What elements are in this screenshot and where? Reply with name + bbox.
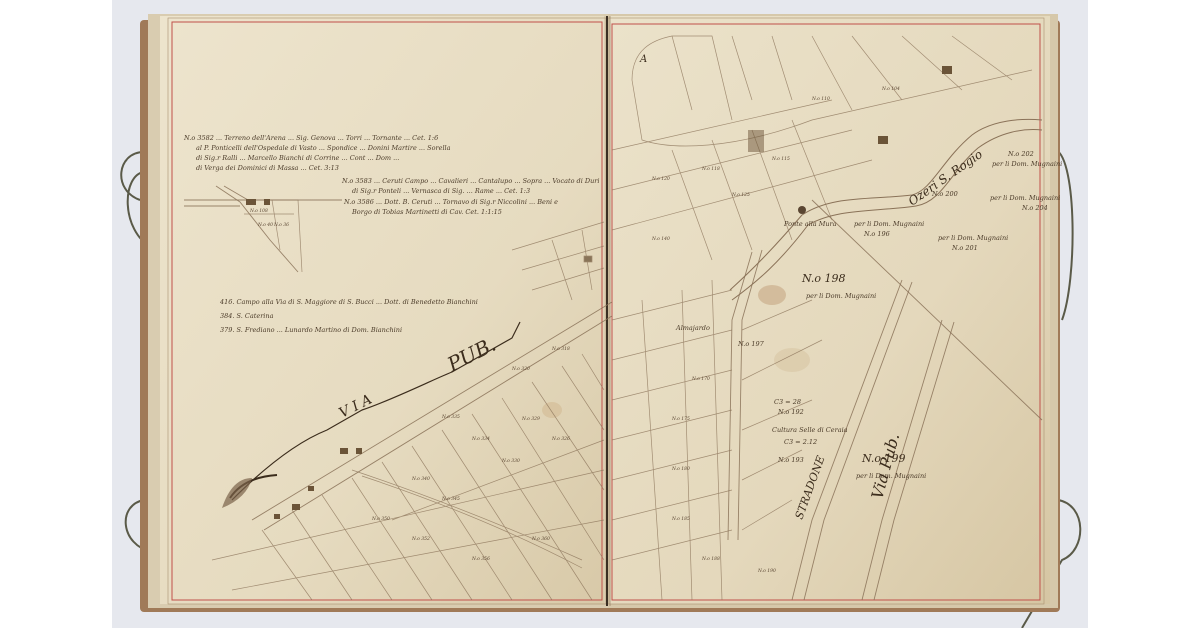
svg-text:Cultura Selle di Ceraia: Cultura Selle di Ceraia: [772, 426, 848, 434]
svg-text:384. S. Caterina: 384. S. Caterina: [220, 312, 274, 320]
svg-text:Ponte alla Mura: Ponte alla Mura: [783, 220, 837, 228]
svg-text:N.o 3582 ... Terreno dell'Aren: N.o 3582 ... Terreno dell'Arena ... Sig.…: [183, 134, 438, 142]
svg-text:N.o 197: N.o 197: [737, 340, 765, 348]
svg-text:N.o 115: N.o 115: [771, 156, 790, 162]
svg-text:N.o 3586 ... Dott. B. Ceruti .: N.o 3586 ... Dott. B. Ceruti ... Tornavo…: [343, 198, 558, 206]
svg-text:N.o 125: N.o 125: [731, 192, 750, 198]
svg-text:379. S. Frediano ... Lunardo M: 379. S. Frediano ... Lunardo Martino di …: [220, 326, 402, 334]
svg-text:C3 = 28: C3 = 28: [774, 398, 801, 406]
svg-text:per li Dom. Mugnaini: per li Dom. Mugnaini: [938, 234, 1008, 242]
svg-text:N.o 201: N.o 201: [951, 244, 978, 252]
plot-a-label: A: [639, 54, 647, 65]
svg-text:di Sig.r Ralli ... Marcello Bi: di Sig.r Ralli ... Marcello Bianchi di C…: [196, 154, 399, 162]
svg-text:N.o 193: N.o 193: [777, 456, 804, 464]
left-page: [160, 16, 606, 604]
svg-text:Borgo di Tobias Martinetti di: Borgo di Tobias Martinetti di Cav. Cet. …: [351, 208, 502, 216]
svg-text:N.o 118: N.o 118: [701, 166, 720, 172]
svg-text:N.o 198: N.o 198: [801, 272, 846, 285]
svg-text:N.o 199: N.o 199: [861, 452, 906, 465]
svg-text:N.o 36: N.o 36: [273, 222, 289, 228]
svg-text:N.o 345: N.o 345: [441, 496, 460, 502]
svg-text:C3 = 2.12: C3 = 2.12: [784, 438, 817, 446]
svg-text:al P. Ponticelli dell'Ospedale: al P. Ponticelli dell'Ospedale di Vasto …: [196, 144, 451, 152]
svg-text:di Verga dei Dominici di Massa: di Verga dei Dominici di Massa ... Cet. …: [196, 164, 339, 172]
svg-text:N.o 320: N.o 320: [511, 366, 530, 372]
svg-text:416. Campo alla Via di S. Magg: 416. Campo alla Via di S. Maggiore di S.…: [219, 298, 478, 306]
svg-text:N.o 108: N.o 108: [249, 208, 268, 214]
svg-text:N.o 192: N.o 192: [777, 408, 804, 416]
svg-text:per li Dom. Mugnaini: per li Dom. Mugnaini: [854, 220, 924, 228]
svg-text:N.o 326: N.o 326: [551, 436, 570, 442]
svg-text:N.o 180: N.o 180: [671, 466, 690, 472]
svg-text:N.o 40: N.o 40: [257, 222, 273, 228]
map-photo: N.o 3582 ... Terreno dell'Arena ... Sig.…: [112, 0, 1088, 628]
svg-text:N.o 190: N.o 190: [757, 568, 776, 574]
svg-text:di Sig.r Ponteli ... Vernasca: di Sig.r Ponteli ... Vernasca di Sig. ..…: [352, 187, 530, 195]
svg-text:N.o 204: N.o 204: [1021, 204, 1048, 212]
svg-text:N.o 3583 ... Ceruti Campo ...: N.o 3583 ... Ceruti Campo ... Cavalieri …: [341, 177, 599, 185]
svg-text:N.o 356: N.o 356: [471, 556, 490, 562]
svg-text:N.o 330: N.o 330: [501, 458, 520, 464]
svg-text:N.o 110: N.o 110: [811, 96, 830, 102]
svg-text:N.o 140: N.o 140: [651, 236, 670, 242]
svg-text:per li Dom. Mugnaini: per li Dom. Mugnaini: [990, 194, 1060, 202]
svg-text:N.o 335: N.o 335: [441, 414, 460, 420]
svg-text:N.o 175: N.o 175: [671, 416, 690, 422]
svg-text:N.o 360: N.o 360: [531, 536, 550, 542]
svg-text:N.o 196: N.o 196: [863, 230, 890, 238]
svg-text:N.o 352: N.o 352: [411, 536, 430, 542]
svg-text:N.o 340: N.o 340: [411, 476, 430, 482]
svg-text:per li Dom. Mugnaini: per li Dom. Mugnaini: [856, 472, 926, 480]
svg-text:per li Dom. Mugnaini: per li Dom. Mugnaini: [992, 160, 1062, 168]
svg-text:per li Dom. Mugnaini: per li Dom. Mugnaini: [806, 292, 876, 300]
svg-text:N.o 104: N.o 104: [881, 86, 900, 92]
svg-text:Almajardo: Almajardo: [675, 324, 710, 332]
svg-text:N.o 188: N.o 188: [701, 556, 720, 562]
svg-text:N.o 334: N.o 334: [471, 436, 490, 442]
svg-text:N.o 202: N.o 202: [1007, 150, 1034, 158]
svg-text:N.o 200: N.o 200: [931, 190, 958, 198]
svg-text:N.o 170: N.o 170: [691, 376, 710, 382]
svg-text:N.o 350: N.o 350: [371, 516, 390, 522]
right-page: [608, 16, 1050, 604]
svg-text:N.o 318: N.o 318: [551, 346, 570, 352]
svg-text:N.o 185: N.o 185: [671, 516, 690, 522]
svg-text:N.o 120: N.o 120: [651, 176, 670, 182]
svg-text:N.o 329: N.o 329: [521, 416, 540, 422]
